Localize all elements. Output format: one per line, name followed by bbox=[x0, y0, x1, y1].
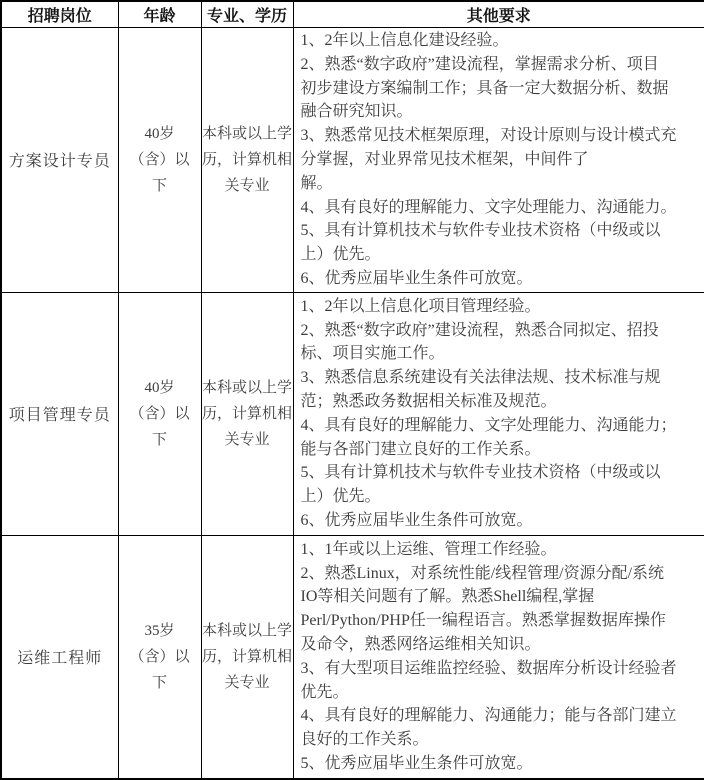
header-row: 招聘岗位 年龄 专业、学历 其他要求 bbox=[1, 1, 704, 28]
cell-education: 本科或以上学 历，计算机相 关专业 bbox=[201, 292, 293, 535]
cell-requirements: 1、2年以上信息化项目管理经验。 2、熟悉“数字政府”建设流程，熟悉合同拟定、招… bbox=[293, 292, 704, 535]
cell-position: 项目管理专员 bbox=[1, 292, 118, 535]
table-row-project-management-specialist: 项目管理专员 40岁 （含）以 下 本科或以上学 历，计算机相 关专业 1、2年… bbox=[1, 292, 704, 535]
column-header-position: 招聘岗位 bbox=[1, 1, 118, 28]
recruitment-table: 招聘岗位 年龄 专业、学历 其他要求 方案设计专员 40岁 （含）以 下 本科或… bbox=[0, 0, 704, 780]
column-header-education: 专业、学历 bbox=[201, 1, 293, 28]
cell-position: 方案设计专员 bbox=[1, 28, 118, 293]
cell-requirements: 1、1年或以上运维、管理工作经验。 2、熟悉Linux，对系统性能/线程管理/资… bbox=[293, 535, 704, 779]
column-header-other-requirements: 其他要求 bbox=[293, 1, 704, 28]
cell-education: 本科或以上学 历，计算机相 关专业 bbox=[201, 28, 293, 293]
column-header-age: 年龄 bbox=[118, 1, 201, 28]
cell-position: 运维工程师 bbox=[1, 535, 118, 779]
cell-age: 40岁 （含）以 下 bbox=[118, 28, 201, 293]
cell-age: 35岁 （含）以 下 bbox=[118, 535, 201, 779]
table-row-solution-design-specialist: 方案设计专员 40岁 （含）以 下 本科或以上学 历，计算机相 关专业 1、2年… bbox=[1, 28, 704, 293]
cell-requirements: 1、2年以上信息化建设经验。 2、熟悉“数字政府”建设流程，掌握需求分析、项目 … bbox=[293, 28, 704, 293]
cell-age: 40岁 （含）以 下 bbox=[118, 292, 201, 535]
cell-education: 本科或以上学 历，计算机相 关专业 bbox=[201, 535, 293, 779]
table-row-operations-engineer: 运维工程师 35岁 （含）以 下 本科或以上学 历，计算机相 关专业 1、1年或… bbox=[1, 535, 704, 779]
